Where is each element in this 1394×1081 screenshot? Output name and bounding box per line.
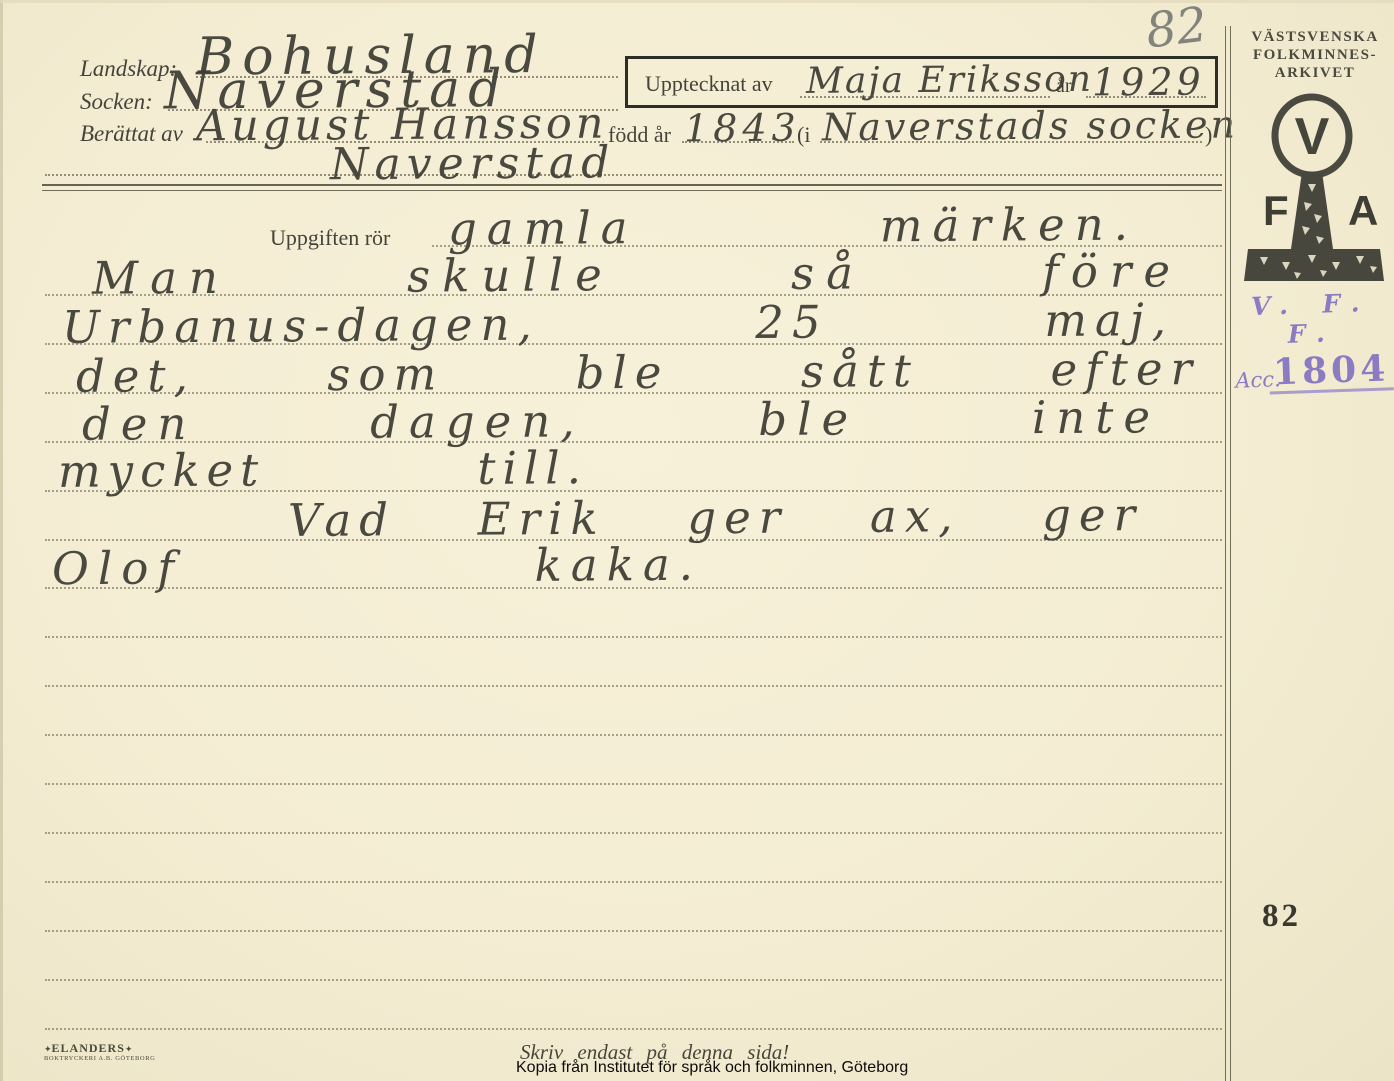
printer-name: ELANDERS (52, 1041, 125, 1055)
ruled-line (45, 783, 1222, 785)
printed-page-number: 82 (1262, 898, 1301, 935)
accession-stamp: V. F. F. Acc. 1804 (1232, 287, 1393, 394)
archive-name-line1: VÄSTSVENSKA (1240, 28, 1390, 46)
ruled-line (45, 1028, 1222, 1030)
fodd-place-handwriting: Naverstads socken (822, 103, 1200, 150)
ruled-line (45, 979, 1222, 981)
body-line-7: Olof kaka. (52, 538, 702, 596)
body-line-6: Vad Erik ger ax, ger (288, 488, 1143, 547)
logo-letter-f: F (1263, 187, 1289, 234)
stamp-initials: V. F. F. (1232, 287, 1392, 350)
printer-imprint: ✦ELANDERS✦ BOKTRYCKERI A.B. GÖTEBORG (44, 1043, 155, 1064)
body-line-5: mycket till. (58, 441, 588, 498)
copy-attribution: Kopia från Institutet för språk och folk… (516, 1059, 908, 1077)
landskap-label: Landskap: (80, 56, 177, 82)
address-handwriting: Naverstad (330, 137, 700, 191)
ruled-line (45, 636, 1222, 638)
archive-name-line3: ARKIVET (1240, 64, 1390, 82)
printer-ornament-left: ✦ (44, 1044, 52, 1054)
uppgiften-label: Uppgiften rör (270, 225, 390, 251)
archive-name-line2: FOLKMINNES- (1240, 46, 1390, 64)
stamp-number: 1804 (1272, 347, 1390, 393)
upptecknat-handwriting: Maja Eriksson (806, 59, 1046, 102)
vfa-hammer-logo: V F A (1238, 92, 1390, 292)
logo-letter-a: A (1348, 187, 1378, 234)
ruled-line (45, 685, 1222, 687)
column-double-rule (1225, 26, 1231, 1081)
ruled-line (45, 832, 1222, 834)
ar-handwriting: 1929 (1092, 60, 1205, 105)
ruled-line (45, 930, 1222, 932)
upptecknat-label: Upptecknat av (645, 71, 773, 97)
archive-name: VÄSTSVENSKA FOLKMINNES- ARKIVET (1240, 28, 1390, 82)
printer-ornament-right: ✦ (125, 1044, 133, 1054)
fodd-year-handwriting: 1843 (684, 106, 801, 151)
record-card: Landskap: Socken: Berättat av född år (i… (0, 0, 1394, 1081)
body-line-4: den dagen, ble inte (82, 390, 1160, 451)
socken-label: Socken: (80, 89, 153, 115)
ruled-line (45, 881, 1222, 883)
ruled-line (45, 734, 1222, 736)
printer-subtitle: BOKTRYCKERI A.B. GÖTEBORG (44, 1054, 155, 1064)
pencil-page-number: 82 (1143, 0, 1210, 60)
logo-letter-v: V (1295, 108, 1330, 166)
berattat-label: Berättat av (80, 121, 183, 147)
